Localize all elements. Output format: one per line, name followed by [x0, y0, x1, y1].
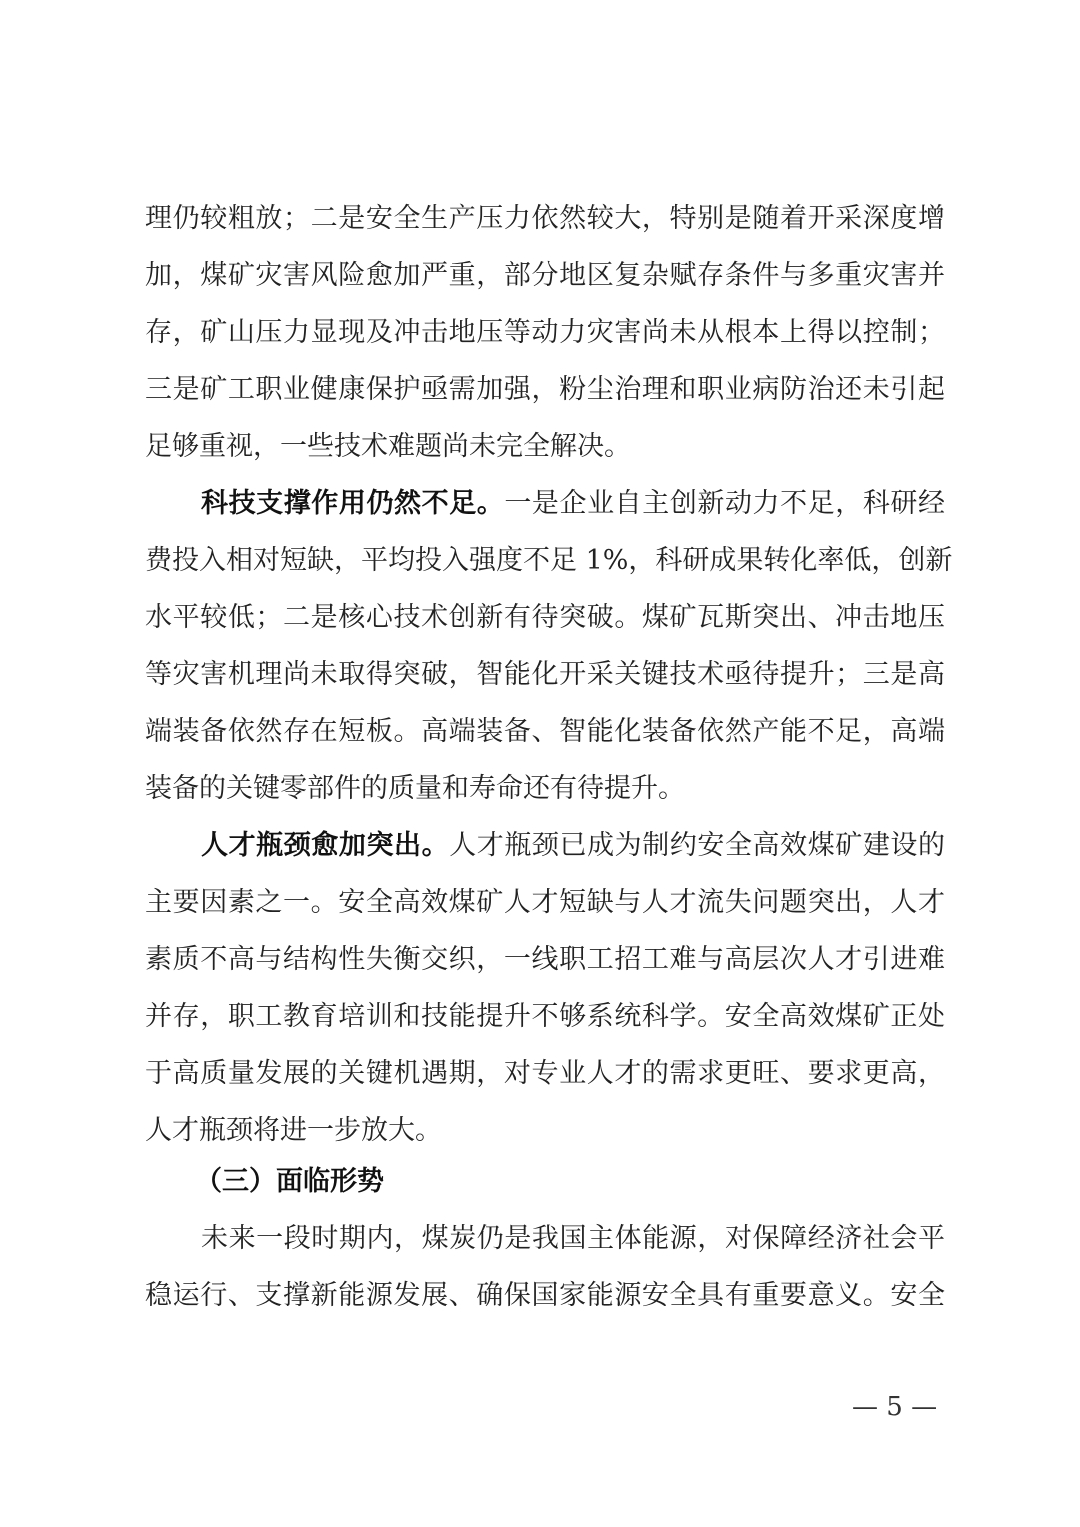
paragraph-lead-rest: 一是企业自主创新动力不足，科研经: [504, 488, 945, 519]
paragraph-lead-rest: 人才瓶颈已成为制约安全高效煤矿建设的: [449, 830, 945, 861]
section-heading: （三）面临形势: [195, 1162, 384, 1202]
text-line-first: 未来一段时期内，煤炭仍是我国主体能源，对保障经济社会平: [201, 1219, 945, 1259]
text-line: 足够重视，一些技术难题尚未完全解决。: [145, 427, 945, 467]
text-line: 理仍较粗放；二是安全生产压力依然较大，特别是随着开采深度增: [145, 199, 945, 239]
text-line: 人才瓶颈将进一步放大。: [145, 1111, 945, 1151]
text-line: 等灾害机理尚未取得突破，智能化开采关键技术亟待提升；三是高: [145, 655, 945, 695]
page-number: — 5 —: [852, 1392, 937, 1422]
text-line: 三是矿工职业健康保护亟需加强，粉尘治理和职业病防治还未引起: [145, 370, 945, 410]
text-line: 加，煤矿灾害风险愈加严重，部分地区复杂赋存条件与多重灾害并: [145, 256, 945, 296]
text-line: 费投入相对短缺，平均投入强度不足 1%，科研成果转化率低，创新: [145, 541, 945, 581]
paragraph-lead-bold: 人才瓶颈愈加突出。: [201, 830, 449, 861]
text-line: 稳运行、支撑新能源发展、确保国家能源安全具有重要意义。安全: [145, 1276, 945, 1316]
text-line: 素质不高与结构性失衡交织，一线职工招工难与高层次人才引进难: [145, 940, 945, 980]
text-line: 并存，职工教育培训和技能提升不够系统科学。安全高效煤矿正处: [145, 997, 945, 1037]
text-line: 装备的关键零部件的质量和寿命还有待提升。: [145, 769, 945, 809]
text-line: 于高质量发展的关键机遇期，对专业人才的需求更旺、要求更高，: [145, 1054, 945, 1094]
text-line-first: 人才瓶颈愈加突出。人才瓶颈已成为制约安全高效煤矿建设的: [201, 826, 945, 866]
text-line: 存，矿山压力显现及冲击地压等动力灾害尚未从根本上得以控制；: [145, 313, 945, 353]
text-line-first: 科技支撑作用仍然不足。一是企业自主创新动力不足，科研经: [201, 484, 945, 524]
text-line: 端装备依然存在短板。高端装备、智能化装备依然产能不足，高端: [145, 712, 945, 752]
text-line: 水平较低；二是核心技术创新有待突破。煤矿瓦斯突出、冲击地压: [145, 598, 945, 638]
paragraph-lead-bold: 科技支撑作用仍然不足。: [201, 488, 504, 519]
text-line: 主要因素之一。安全高效煤矿人才短缺与人才流失问题突出，人才: [145, 883, 945, 923]
